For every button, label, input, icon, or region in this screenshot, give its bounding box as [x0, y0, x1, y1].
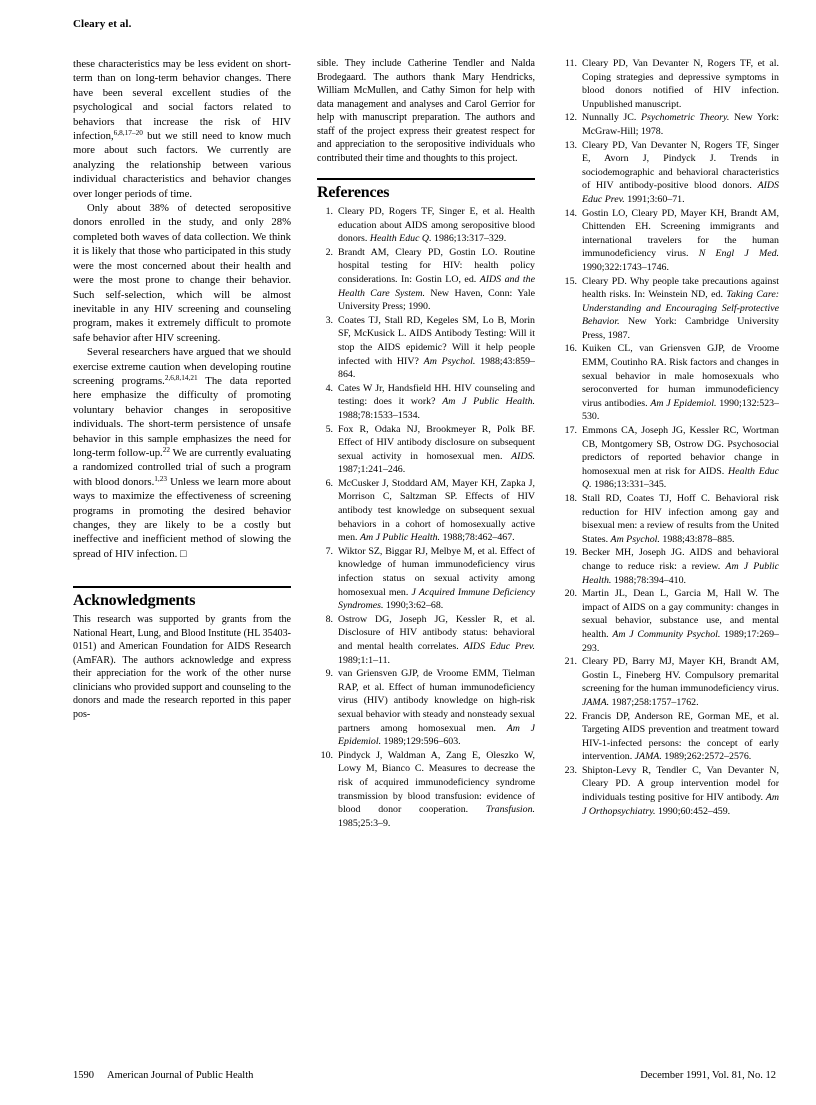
- reference-text: van Griensven GJP, de Vroome EMM, Tielma…: [338, 668, 535, 747]
- reference-number: 9.: [317, 667, 333, 681]
- reference-number: 21.: [561, 655, 577, 669]
- reference-number: 2.: [317, 246, 333, 260]
- reference-text: Brandt AM, Cleary PD, Gostin LO. Routine…: [338, 247, 535, 312]
- discussion-paragraph: these characteristics may be less eviden…: [73, 57, 291, 201]
- acknowledgments-text: This research was supported by grants fr…: [73, 613, 291, 721]
- reference-text: Martin JL, Dean L, Garcia M, Hall W. The…: [582, 588, 779, 653]
- acknowledgments-continued-text: sible. They include Catherine Tendler an…: [317, 57, 535, 165]
- reference-number: 23.: [561, 764, 577, 778]
- reference-item: 2.Brandt AM, Cleary PD, Gostin LO. Routi…: [317, 246, 535, 314]
- reference-text: Pindyck J, Waldman A, Zang E, Oleszko W,…: [338, 750, 535, 829]
- reference-item: 13.Cleary PD, Van Devanter N, Rogers TF,…: [561, 139, 779, 207]
- page-number: 1590: [73, 1070, 94, 1081]
- columns: these characteristics may be less eviden…: [73, 57, 778, 1042]
- reference-text: Coates TJ, Stall RD, Kegeles SM, Lo B, M…: [338, 315, 535, 380]
- reference-item: 11.Cleary PD, Van Devanter N, Rogers TF,…: [561, 57, 779, 111]
- reference-text: Shipton-Levy R, Tendler C, Van Devanter …: [582, 765, 779, 817]
- reference-item: 18.Stall RD, Coates TJ, Hoff C. Behavior…: [561, 492, 779, 546]
- reference-number: 16.: [561, 342, 577, 356]
- reference-number: 12.: [561, 111, 577, 125]
- reference-text: McCusker J, Stoddard AM, Mayer KH, Zapka…: [338, 478, 535, 543]
- column-2: sible. They include Catherine Tendler an…: [317, 57, 535, 1042]
- reference-number: 19.: [561, 546, 577, 560]
- reference-number: 20.: [561, 587, 577, 601]
- reference-item: 14.Gostin LO, Cleary PD, Mayer KH, Brand…: [561, 207, 779, 275]
- reference-item: 12.Nunnally JC. Psychometric Theory. New…: [561, 111, 779, 138]
- reference-number: 6.: [317, 477, 333, 491]
- reference-number: 11.: [561, 57, 577, 71]
- reference-text: Cleary PD, Barry MJ, Mayer KH, Brandt AM…: [582, 656, 779, 708]
- reference-item: 23.Shipton-Levy R, Tendler C, Van Devant…: [561, 764, 779, 818]
- reference-number: 7.: [317, 545, 333, 559]
- reference-text: Cleary PD. Why people take precautions a…: [582, 276, 779, 341]
- reference-number: 15.: [561, 275, 577, 289]
- references-heading: References: [317, 184, 535, 202]
- reference-item: 5.Fox R, Odaka NJ, Brookmeyer R, Polk BF…: [317, 423, 535, 477]
- discussion-paragraph: Several researchers have argued that we …: [73, 345, 291, 561]
- reference-number: 14.: [561, 207, 577, 221]
- column-1: these characteristics may be less eviden…: [73, 57, 291, 1042]
- reference-item: 8.Ostrow DG, Joseph JG, Kessler R, et al…: [317, 613, 535, 667]
- reference-text: Cleary PD, Rogers TF, Singer E, et al. H…: [338, 206, 535, 244]
- reference-item: 17.Emmons CA, Joseph JG, Kessler RC, Wor…: [561, 424, 779, 492]
- section-rule: [317, 178, 535, 180]
- reference-item: 10.Pindyck J, Waldman A, Zang E, Oleszko…: [317, 749, 535, 831]
- reference-text: Cleary PD, Van Devanter N, Rogers TF, et…: [582, 58, 779, 110]
- reference-item: 9.van Griensven GJP, de Vroome EMM, Tiel…: [317, 667, 535, 749]
- reference-list: 1.Cleary PD, Rogers TF, Singer E, et al.…: [317, 205, 535, 830]
- reference-text: Cates W Jr, Handsfield HH. HIV counselin…: [338, 383, 535, 421]
- reference-text: Stall RD, Coates TJ, Hoff C. Behavioral …: [582, 493, 779, 545]
- footer-left: 1590American Journal of Public Health: [73, 1070, 253, 1081]
- section-rule: [73, 586, 291, 588]
- reference-text: Nunnally JC. Psychometric Theory. New Yo…: [582, 112, 779, 137]
- reference-item: 21.Cleary PD, Barry MJ, Mayer KH, Brandt…: [561, 655, 779, 709]
- reference-number: 1.: [317, 205, 333, 219]
- reference-item: 3.Coates TJ, Stall RD, Kegeles SM, Lo B,…: [317, 314, 535, 382]
- reference-item: 6.McCusker J, Stoddard AM, Mayer KH, Zap…: [317, 477, 535, 545]
- reference-text: Francis DP, Anderson RE, Gorman ME, et a…: [582, 711, 779, 763]
- discussion-paragraph: Only about 38% of detected seropositive …: [73, 201, 291, 345]
- reference-item: 22.Francis DP, Anderson RE, Gorman ME, e…: [561, 710, 779, 764]
- acknowledgments-section: Acknowledgments This research was suppor…: [73, 586, 291, 721]
- acknowledgments-heading: Acknowledgments: [73, 592, 291, 610]
- journal-page: Cleary et al. these characteristics may …: [0, 0, 816, 1105]
- reference-text: Kuiken CL, van Griensven GJP, de Vroome …: [582, 343, 779, 422]
- reference-item: 15.Cleary PD. Why people take precaution…: [561, 275, 779, 343]
- issue-info: December 1991, Vol. 81, No. 12: [640, 1070, 776, 1081]
- journal-name: American Journal of Public Health: [107, 1070, 253, 1081]
- reference-text: Emmons CA, Joseph JG, Kessler RC, Wortma…: [582, 425, 779, 490]
- reference-number: 4.: [317, 382, 333, 396]
- reference-text: Ostrow DG, Joseph JG, Kessler R, et al. …: [338, 614, 535, 666]
- reference-number: 13.: [561, 139, 577, 153]
- running-head: Cleary et al.: [73, 18, 778, 30]
- reference-item: 4.Cates W Jr, Handsfield HH. HIV counsel…: [317, 382, 535, 423]
- reference-text: Gostin LO, Cleary PD, Mayer KH, Brandt A…: [582, 208, 779, 273]
- page-footer: 1590American Journal of Public Health De…: [73, 1070, 776, 1081]
- references-section: References 1.Cleary PD, Rogers TF, Singe…: [317, 178, 535, 830]
- reference-number: 10.: [317, 749, 333, 763]
- reference-item: 16.Kuiken CL, van Griensven GJP, de Vroo…: [561, 342, 779, 424]
- reference-number: 8.: [317, 613, 333, 627]
- reference-text: Becker MH, Joseph JG. AIDS and behaviora…: [582, 547, 779, 585]
- reference-number: 22.: [561, 710, 577, 724]
- reference-number: 17.: [561, 424, 577, 438]
- reference-item: 1.Cleary PD, Rogers TF, Singer E, et al.…: [317, 205, 535, 246]
- reference-item: 20.Martin JL, Dean L, Garcia M, Hall W. …: [561, 587, 779, 655]
- reference-number: 3.: [317, 314, 333, 328]
- reference-list-continued: 11.Cleary PD, Van Devanter N, Rogers TF,…: [561, 57, 779, 818]
- reference-item: 19.Becker MH, Joseph JG. AIDS and behavi…: [561, 546, 779, 587]
- reference-number: 18.: [561, 492, 577, 506]
- reference-number: 5.: [317, 423, 333, 437]
- reference-item: 7.Wiktor SZ, Biggar RJ, Melbye M, et al.…: [317, 545, 535, 613]
- reference-text: Fox R, Odaka NJ, Brookmeyer R, Polk BF. …: [338, 424, 535, 476]
- reference-text: Wiktor SZ, Biggar RJ, Melbye M, et al. E…: [338, 546, 535, 611]
- reference-text: Cleary PD, Van Devanter N, Rogers TF, Si…: [582, 140, 779, 205]
- column-3: 11.Cleary PD, Van Devanter N, Rogers TF,…: [561, 57, 779, 1042]
